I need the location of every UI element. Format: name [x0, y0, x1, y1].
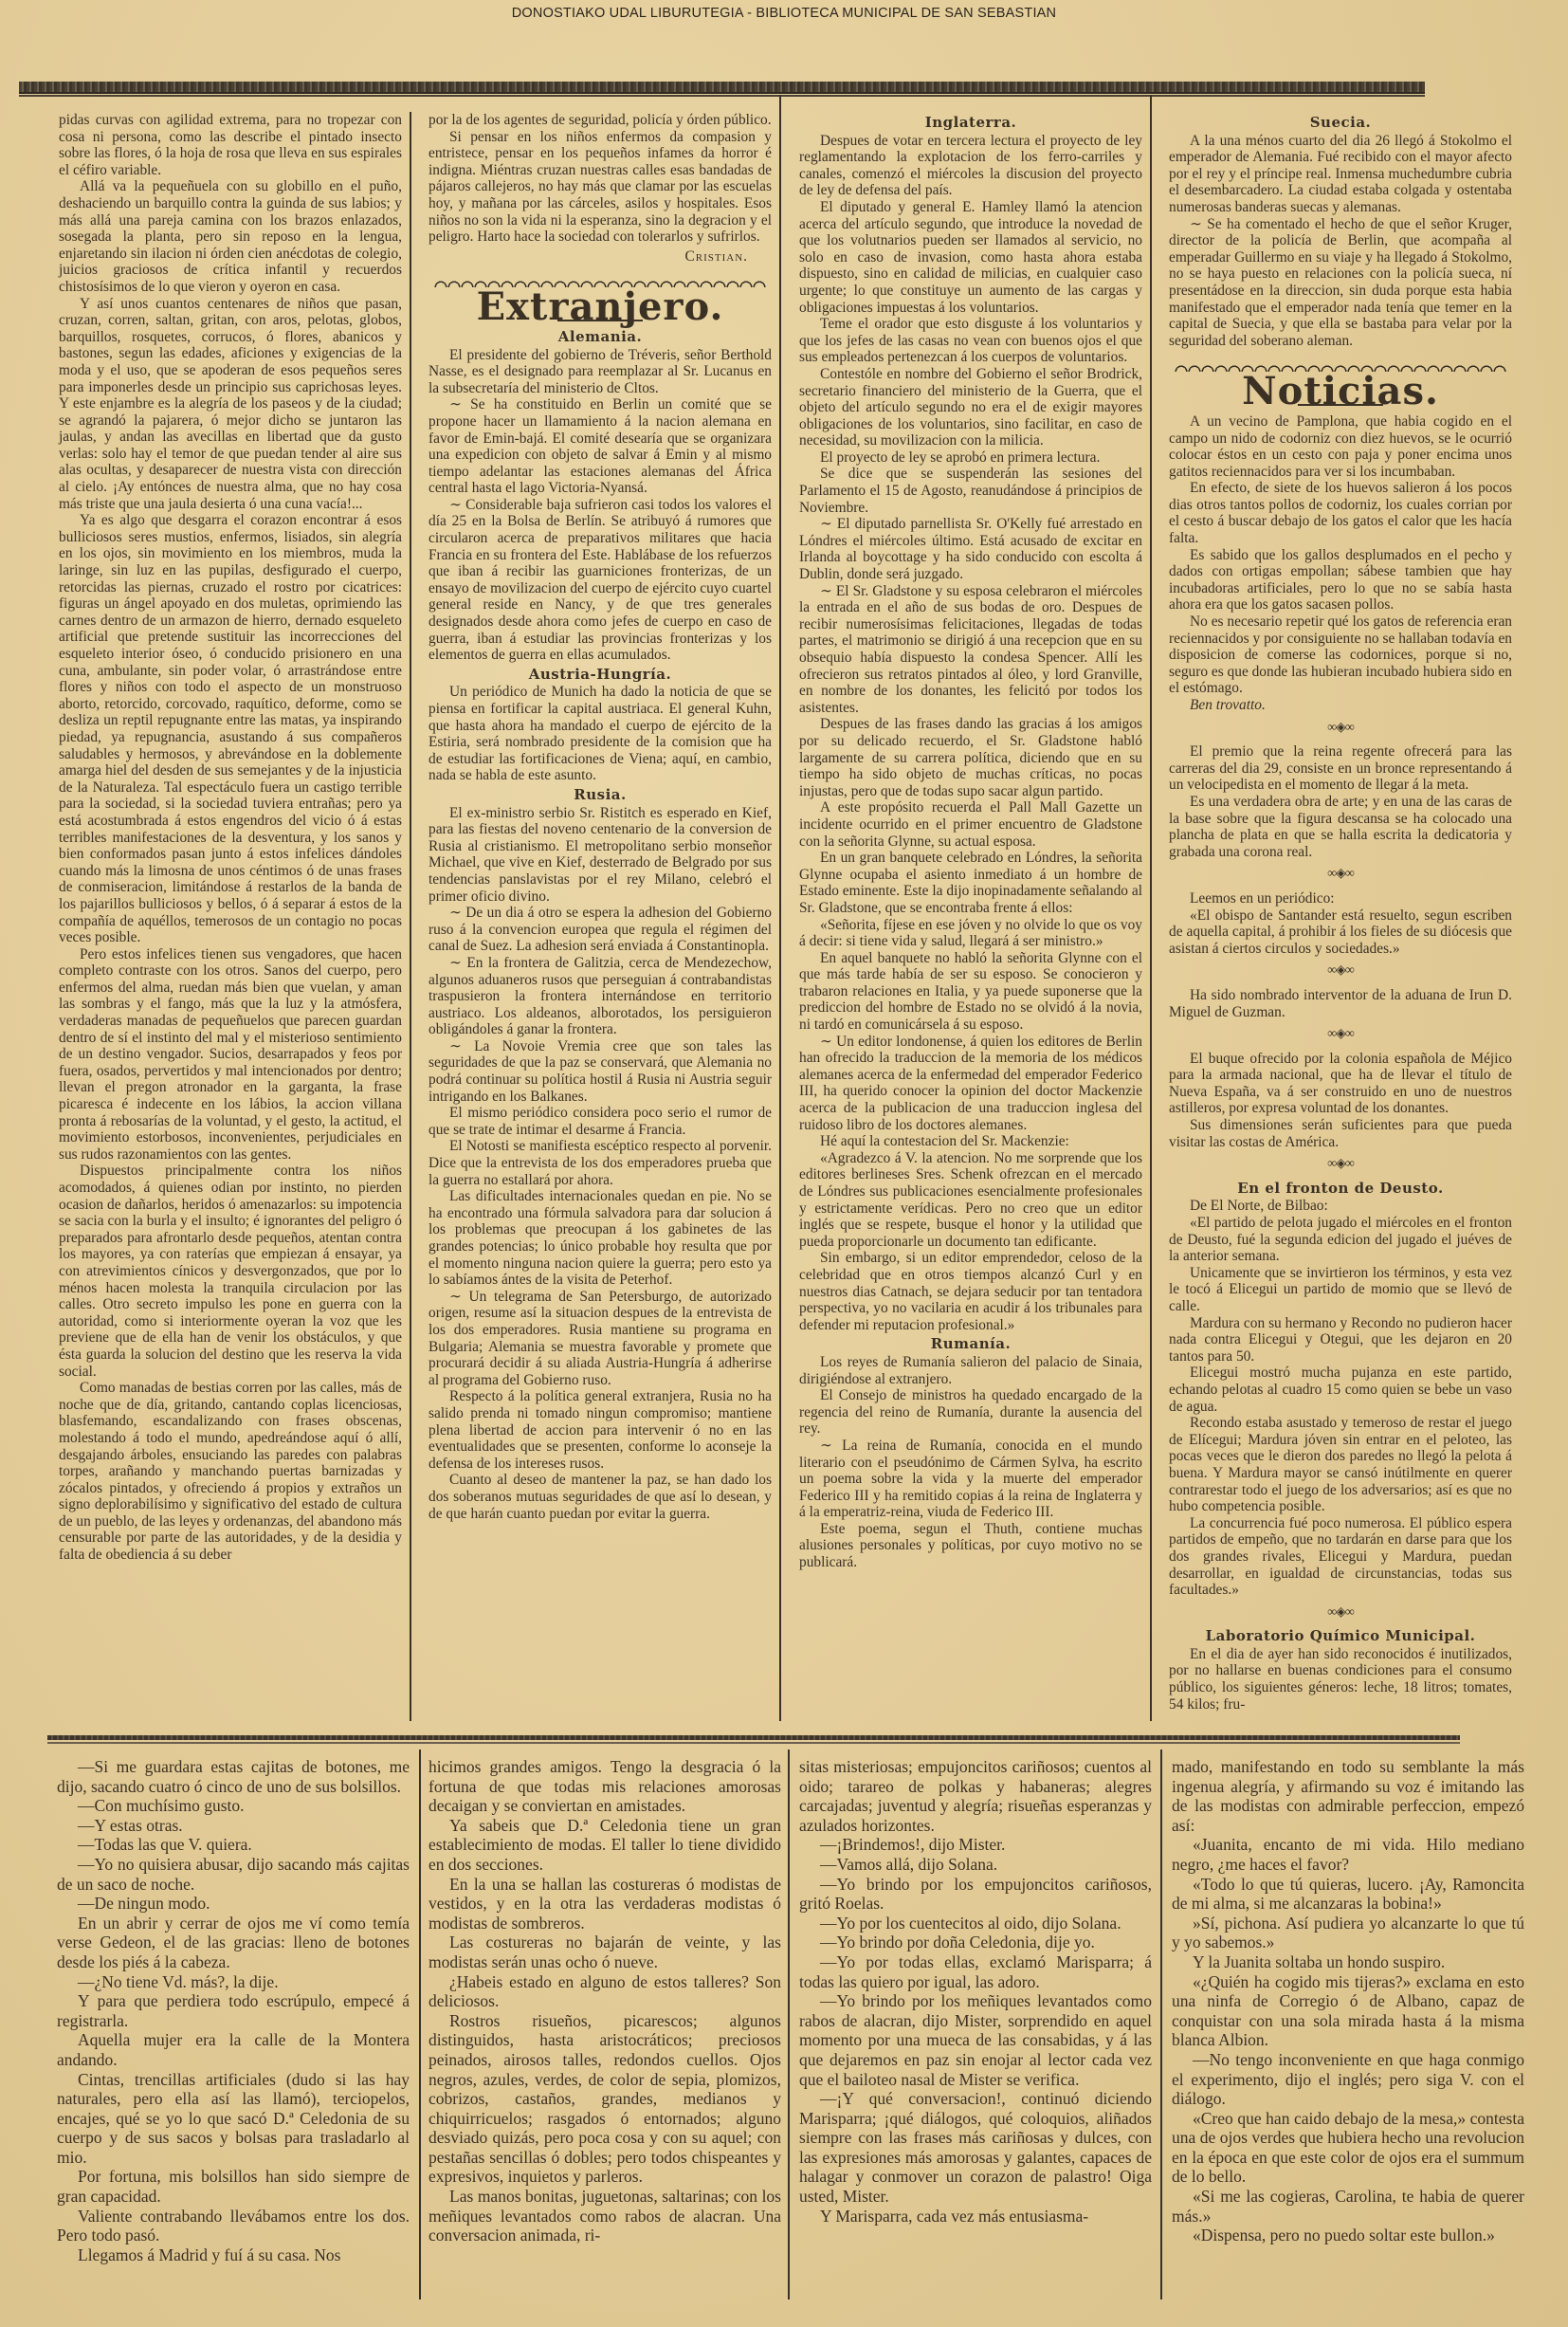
paragraph: Sus dimensiones serán suficientes para q…: [1169, 1117, 1512, 1150]
paragraph: En la una se hallan las costureras ó mod…: [428, 1875, 781, 1933]
paragraph: ∼ En la frontera de Galitzia, cerca de M…: [428, 955, 772, 1038]
heading-suecia: Suecia.: [1169, 115, 1512, 132]
paragraph: Las manos bonitas, juguetonas, saltarina…: [428, 2187, 781, 2245]
ornament-divider-icon: ∞◈∞: [1169, 866, 1512, 883]
paragraph: Y Marisparra, cada vez más entusiasma-: [799, 2207, 1152, 2226]
paragraph: «Si me las cogieras, Carolina, te habia …: [1172, 2187, 1524, 2226]
paragraph: A un vecino de Pamplona, que habia cogid…: [1169, 413, 1512, 480]
paragraph: —No tengo inconveniente en que haga conm…: [1172, 2050, 1524, 2109]
paragraph: —Vamos allá, dijo Solana.: [799, 1855, 1152, 1875]
paragraph: Cintas, trencillas artificiales (dudo si…: [57, 2070, 410, 2168]
paragraph: «Señorita, fíjese en ese jóven y no olvi…: [799, 917, 1142, 950]
paragraph: —Yo brindo por los empujoncitos cariñoso…: [799, 1875, 1152, 1914]
column-1-essay: pidas curvas con agilidad extrema, para …: [59, 112, 402, 1564]
paragraph: Como manadas de bestias corren por las c…: [59, 1380, 402, 1564]
paragraph: ¿Habeis estado en alguno de estos taller…: [428, 1972, 781, 2011]
column-3-inglaterra-rumania: Inglaterra. Despues de votar en tercera …: [799, 112, 1142, 1571]
paragraph: Unicamente que se invirtieron los términ…: [1169, 1265, 1512, 1315]
paragraph: Allá va la pequeñuela con su globillo en…: [59, 178, 402, 295]
paragraph: Ya es algo que desgarra el corazon encon…: [59, 512, 402, 945]
paragraph: hicimos grandes amigos. Tengo la desgrac…: [428, 1757, 781, 1816]
paragraph: «Juanita, encanto de mi vida. Hilo media…: [1172, 1835, 1524, 1874]
paragraph: Y así unos cuantos centenares de niños q…: [59, 296, 402, 513]
heading-rumania: Rumanía.: [799, 1336, 1142, 1353]
paragraph: El Consejo de ministros ha quedado encar…: [799, 1387, 1142, 1438]
paragraph: Hé aquí la contestacion del Sr. Mackenzi…: [799, 1133, 1142, 1150]
paragraph: ∼ La Novoie Vremia cree que son tales la…: [428, 1038, 772, 1105]
paragraph: ∼ Considerable baja sufrieron casi todos…: [428, 497, 772, 664]
paragraph: No es necesario repetir qué los gatos de…: [1169, 614, 1512, 697]
paragraph: Es sabido que los gallos desplumados en …: [1169, 547, 1512, 614]
author-signature: Cristian.: [428, 248, 772, 266]
paragraph: Respecto á la política general extranjer…: [428, 1388, 772, 1472]
paragraph: ∼ El diputado parnellista Sr. O'Kelly fu…: [799, 516, 1142, 582]
paragraph: Este poema, segun el Thuth, contiene muc…: [799, 1521, 1142, 1571]
ornament-divider-icon: ∞◈∞: [1169, 720, 1512, 737]
paragraph: —Con muchísimo gusto.: [57, 1796, 410, 1816]
paragraph: El premio que la reina regente ofrecerá …: [1169, 743, 1512, 794]
paragraph: ∼ De un dia á otro se espera la adhesion…: [428, 905, 772, 955]
paragraph: El buque ofrecido por la colonia español…: [1169, 1051, 1512, 1117]
paragraph: —Todas las que V. quiera.: [57, 1835, 410, 1855]
ornament-divider-icon: ∞◈∞: [1169, 962, 1512, 980]
paragraph: Mardura con su hermano y Recondo no pudi…: [1169, 1315, 1512, 1365]
section-title-noticias: Noticias.: [1169, 383, 1512, 400]
paragraph: El presidente del gobierno de Tréveris, …: [428, 347, 772, 397]
paragraph: «Dispensa, pero no puedo soltar este bul…: [1172, 2226, 1524, 2245]
ornament-divider-icon: ∞◈∞: [1169, 1156, 1512, 1173]
paragraph: El mismo periódico considera poco serio …: [428, 1105, 772, 1138]
paragraph: Ya sabeis que D.ª Celedonia tiene un gra…: [428, 1816, 781, 1875]
folletin-divider: [1160, 1750, 1162, 2300]
paragraph: Contestóle en nombre del Gobierno el señ…: [799, 366, 1142, 449]
paragraph: El proyecto de ley se aprobó en primera …: [799, 449, 1142, 467]
paragraph: —Yo brindo por los meñiques levantados c…: [799, 1991, 1152, 2089]
section-title-extranjero: Extranjero.: [428, 299, 772, 316]
paragraph: ∼ Un editor londonense, á quien los edit…: [799, 1034, 1142, 1134]
paragraph: En el dia de ayer han sido reconocidos é…: [1169, 1646, 1512, 1713]
paragraph: Elicegui mostró mucha pujanza en este pa…: [1169, 1365, 1512, 1415]
folletin-divider: [788, 1750, 790, 2300]
paragraph: Las costureras no bajarán de veinte, y l…: [428, 1933, 781, 1971]
paragraph: Los reyes de Rumanía salieron del palaci…: [799, 1354, 1142, 1387]
column-divider: [779, 95, 781, 1721]
paragraph: —De ningun modo.: [57, 1894, 410, 1914]
heading-inglaterra: Inglaterra.: [799, 115, 1142, 132]
paragraph: «El partido de pelota jugado el miércole…: [1169, 1215, 1512, 1265]
paragraph: A este propósito recuerda el Pall Mall G…: [799, 799, 1142, 850]
ornament-divider-icon: ∞◈∞: [1169, 1604, 1512, 1622]
paragraph: Cuanto al deseo de mantener la paz, se h…: [428, 1472, 772, 1522]
paragraph: En un abrir y cerrar de ojos me ví como …: [57, 1914, 410, 1972]
paragraph: ∼ Se ha comentado el hecho de que el señ…: [1169, 216, 1512, 350]
paragraph: En un gran banquete celebrado en Lóndres…: [799, 850, 1142, 916]
ornament-divider-icon: ∞◈∞: [1169, 1026, 1512, 1043]
paragraph: En efecto, de siete de los huevos salier…: [1169, 480, 1512, 546]
paragraph: —¡Brindemos!, dijo Mister.: [799, 1835, 1152, 1855]
paragraph: «El obispo de Santander está resuelto, s…: [1169, 907, 1512, 958]
paragraph: Por fortuna, mis bolsillos han sido siem…: [57, 2167, 410, 2206]
paragraph: Recondo estaba asustado y temeroso de re…: [1169, 1415, 1512, 1515]
paragraph: Llegamos á Madrid y fuí á su casa. Nos: [57, 2245, 410, 2265]
paragraph: Pero estos infelices tienen sus vengador…: [59, 946, 402, 1163]
paragraph: Es una verdadera obra de arte; y en una …: [1169, 794, 1512, 860]
paragraph: El ex-ministro serbio Sr. Ristitch es es…: [428, 805, 772, 906]
paragraph: »Sí, pichona. Así pudiera yo alcanzarte …: [1172, 1914, 1524, 1952]
library-banner: DONOSTIAKO UDAL LIBURUTEGIA - BIBLIOTECA…: [0, 6, 1568, 21]
paragraph: —Yo por los cuentecitos al oido, dijo So…: [799, 1914, 1152, 1933]
paragraph: mado, manifestando en todo su semblante …: [1172, 1757, 1524, 1835]
paragraph: Un periódico de Munich ha dado la notici…: [428, 684, 772, 784]
paragraph: Teme el orador que esto disguste á los v…: [799, 316, 1142, 366]
paragraph: En aquel banquete no habló la señorita G…: [799, 950, 1142, 1034]
paragraph: Ha sido nombrado interventor de la aduan…: [1169, 987, 1512, 1020]
paragraph: La concurrencia fué poco numerosa. El pú…: [1169, 1515, 1512, 1599]
folletin-column-1: —Si me guardara estas cajitas de botones…: [57, 1757, 410, 2264]
paragraph: Dispuestos principalmente contra los niñ…: [59, 1163, 402, 1380]
paragraph: El Notosti se manifiesta escéptico respe…: [428, 1138, 772, 1188]
paragraph: Se dice que se suspenderán las sesiones …: [799, 466, 1142, 516]
paragraph: Despues de las frases dando las gracias …: [799, 716, 1142, 799]
heading-laboratorio: Laboratorio Químico Municipal.: [1169, 1628, 1512, 1645]
column-divider: [410, 112, 411, 1721]
paragraph: —Yo por todas ellas, exclamó Marisparra;…: [799, 1952, 1152, 1991]
folletin-column-4: mado, manifestando en todo su semblante …: [1172, 1757, 1524, 2245]
folletin-divider: [419, 1750, 421, 2300]
paragraph: ∼ Se ha constituido en Berlin un comité …: [428, 396, 772, 497]
paragraph: «Creo que han caido debajo de la mesa,» …: [1172, 2109, 1524, 2187]
paragraph: pidas curvas con agilidad extrema, para …: [59, 112, 402, 178]
paragraph: por la de los agentes de seguridad, poli…: [428, 112, 772, 129]
folletin-rule: [47, 1735, 1460, 1740]
paragraph: Las dificultades internacionales quedan …: [428, 1188, 772, 1289]
paragraph: Rostros risueños, picarescos; algunos di…: [428, 2011, 781, 2187]
paragraph: «Agradezco á V. la atencion. No me sorpr…: [799, 1150, 1142, 1251]
paragraph: Aquella mujer era la calle de la Montera…: [57, 2030, 410, 2069]
paragraph: ∼ La reina de Rumanía, conocida en el mu…: [799, 1438, 1142, 1521]
paragraph: Leemos en un periódico:: [1169, 890, 1512, 907]
paragraph: —¡Y qué conversacion!, continuó diciendo…: [799, 2089, 1152, 2207]
paragraph: A la una ménos cuarto del dia 26 llegó á…: [1169, 133, 1512, 216]
paragraph: Y para que perdiera todo escrúpulo, empe…: [57, 1991, 410, 2030]
column-divider: [1150, 95, 1152, 1721]
folletin-column-3: sitas misteriosas; empujoncitos cariñoso…: [799, 1757, 1152, 2226]
top-rule: [19, 82, 1425, 94]
paragraph: Y la Juanita soltaba un hondo suspiro.: [1172, 1952, 1524, 1972]
paragraph: Valiente contrabando llevábamos entre lo…: [57, 2207, 410, 2245]
paragraph: Si pensar en los niños enfermos da compa…: [428, 129, 772, 246]
column-4-suecia-noticias: Suecia. A la una ménos cuarto del dia 26…: [1169, 112, 1512, 1713]
paragraph: —Y estas otras.: [57, 1816, 410, 1836]
paragraph: De El Norte, de Bilbao:: [1169, 1198, 1512, 1215]
heading-austria-hungria: Austria-Hungría.: [428, 667, 772, 684]
paragraph: —¿No tiene Vd. más?, la dije.: [57, 1972, 410, 1992]
paragraph: —Yo brindo por doña Celedonia, dije yo.: [799, 1933, 1152, 1952]
heading-fronton-deusto: En el fronton de Deusto.: [1169, 1181, 1512, 1198]
heading-alemania: Alemania.: [428, 329, 772, 346]
paragraph: Despues de votar en tercera lectura el p…: [799, 133, 1142, 199]
paragraph: ∼ El Sr. Gladstone y su esposa celebraro…: [799, 583, 1142, 717]
paragraph: «¿Quién ha cogido mis tijeras?» exclama …: [1172, 1972, 1524, 2050]
heading-rusia: Rusia.: [428, 787, 772, 804]
paragraph: —Si me guardara estas cajitas de botones…: [57, 1757, 410, 1796]
paragraph: El diputado y general E. Hamley llamó la…: [799, 199, 1142, 316]
signoff: Ben trovatto.: [1169, 697, 1512, 714]
paragraph: —Yo no quisiera abusar, dijo sacando más…: [57, 1855, 410, 1894]
folletin-column-2: hicimos grandes amigos. Tengo la desgrac…: [428, 1757, 781, 2245]
paragraph: sitas misteriosas; empujoncitos cariñoso…: [799, 1757, 1152, 1835]
paragraph: «Todo lo que tú quieras, lucero. ¡Ay, Ra…: [1172, 1875, 1524, 1914]
column-2-extranjero: por la de los agentes de seguridad, poli…: [428, 112, 772, 1522]
paragraph: Sin embargo, si un editor emprendedor, c…: [799, 1250, 1142, 1333]
paragraph: ∼ Un telegrama de San Petersburgo, de au…: [428, 1289, 772, 1389]
